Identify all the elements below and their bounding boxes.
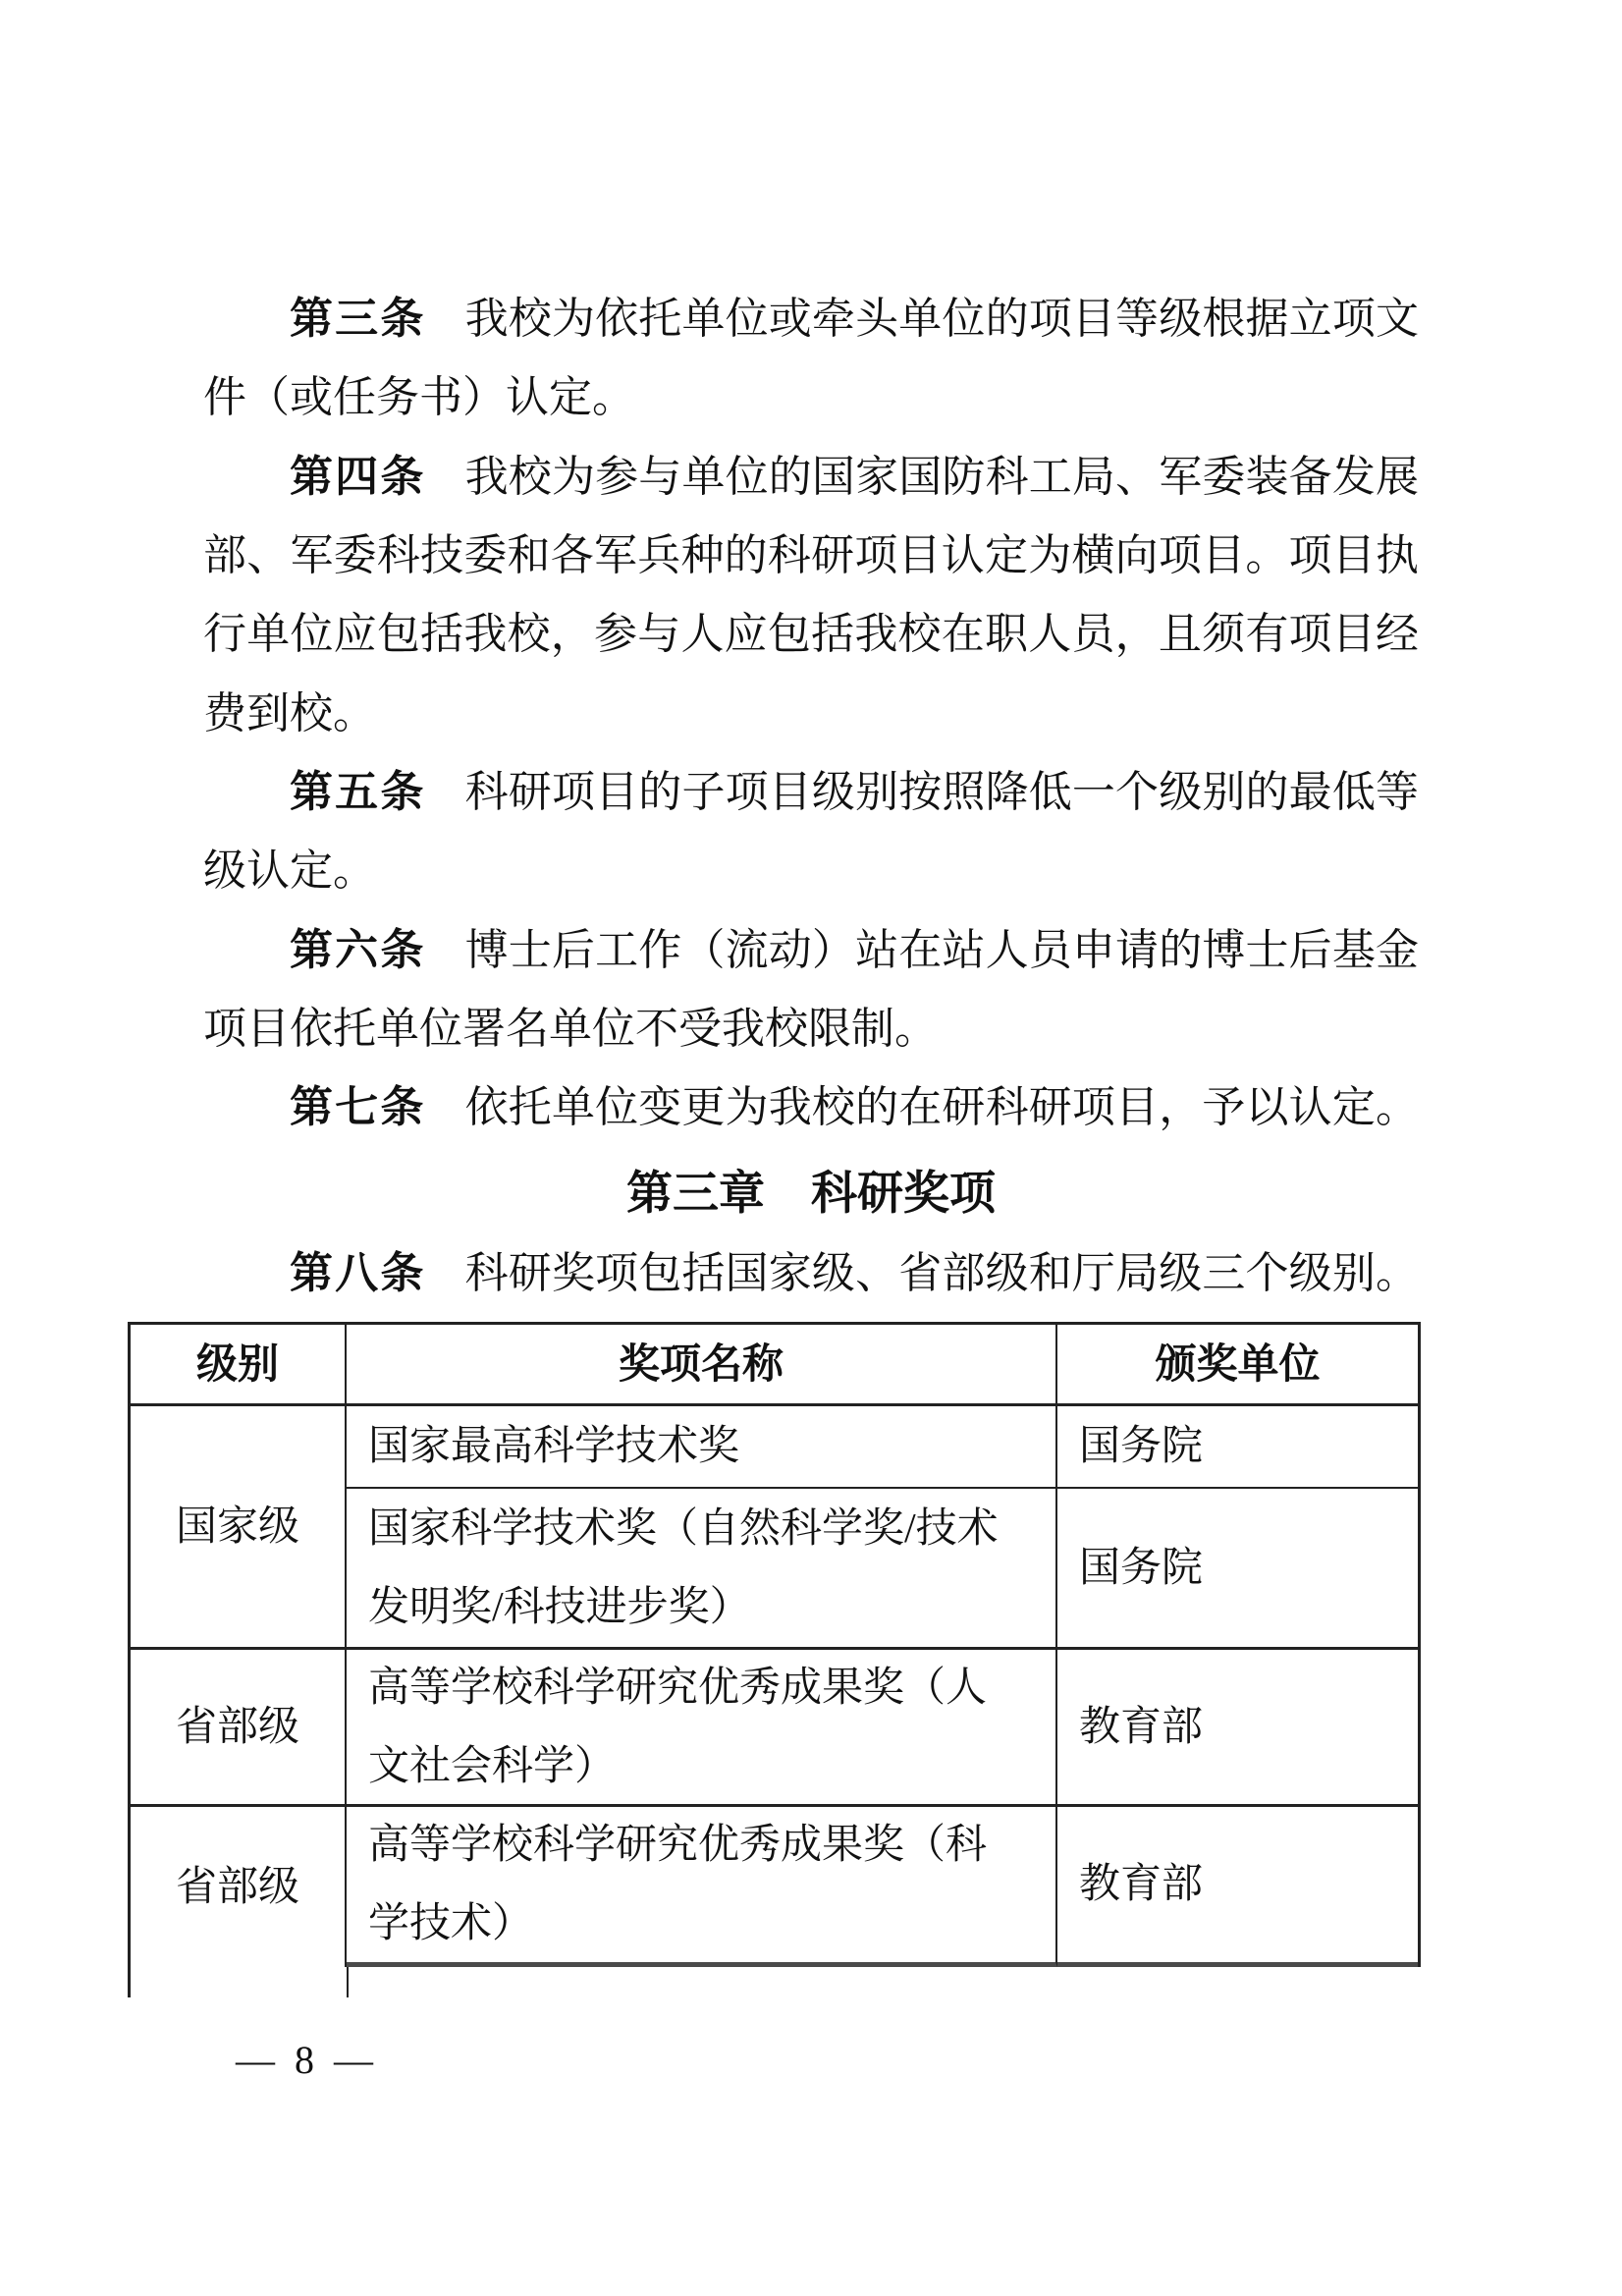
article-4-line-4: 费到校。	[203, 675, 1419, 753]
table-cell-level-provincial: 省部级	[131, 1650, 347, 1807]
article-5-label: 第五条	[290, 768, 425, 816]
article-7-text: 依托单位变更为我校的在研科研项目，予以认定。	[464, 1083, 1419, 1131]
table-cell-issuer: 教育部	[1057, 1650, 1418, 1807]
article-4-line-2: 部、军委科技委和各军兵种的科研项目认定为横向项目。项目执	[203, 517, 1419, 595]
article-4-label: 第四条	[290, 453, 425, 501]
table-cell-level-national: 国家级	[131, 1406, 347, 1650]
article-8-text: 科研奖项包括国家级、省部级和厅局级三个级别。	[464, 1249, 1419, 1297]
table-header-issuer: 颁奖单位	[1057, 1325, 1418, 1406]
article-3-text: 我校为依托单位或牵头单位的项目等级根据立项文	[464, 295, 1419, 343]
article-3-line-2: 件（或任务书）认定。	[203, 358, 1419, 437]
article-4-line-1: 第四条我校为参与单位的国家国防科工局、军委装备发展	[203, 438, 1419, 517]
chapter-heading: 第三章 科研奖项	[203, 1154, 1419, 1232]
award-text: 高等学校科学研究优秀成果奖（人文社会科学）	[368, 1650, 1014, 1806]
award-text: 国家科学技术奖（自然科学奖/技术发明奖/科技进步奖）	[368, 1490, 1014, 1647]
article-5-text: 科研项目的子项目级别按照降低一个级别的最低等	[464, 768, 1419, 816]
table-split-border-middle	[347, 1967, 349, 1997]
table-header-award-name: 奖项名称	[347, 1325, 1057, 1406]
table-header-level: 级别	[131, 1325, 347, 1406]
article-4-line-3: 行单位应包括我校，参与人应包括我校在职人员，且须有项目经	[203, 595, 1419, 674]
award-text: 高等学校科学研究优秀成果奖（科学技术）	[368, 1807, 1014, 1963]
table-cell-award: 国家最高科学技术奖	[347, 1406, 1057, 1489]
table-cell-award: 国家科学技术奖（自然科学奖/技术发明奖/科技进步奖）	[347, 1489, 1057, 1650]
article-5-line-1: 第五条科研项目的子项目级别按照降低一个级别的最低等	[203, 753, 1419, 832]
article-8-line-1: 第八条科研奖项包括国家级、省部级和厅局级三个级别。	[203, 1234, 1419, 1313]
article-6-text: 博士后工作（流动）站在站人员申请的博士后基金	[464, 926, 1419, 974]
article-4-text: 我校为参与单位的国家国防科工局、军委装备发展	[464, 453, 1419, 501]
award-table: 级别 奖项名称 颁奖单位 国家级 国家最高科学技术奖 国务院 国家科学技术奖（自…	[128, 1322, 1421, 1967]
table-cell-level-provincial: 省部级	[131, 1807, 347, 1967]
page-number: — 8 —	[236, 2033, 378, 2088]
article-3-line-1: 第三条我校为依托单位或牵头单位的项目等级根据立项文	[203, 280, 1419, 358]
table-split-border-left	[128, 1967, 131, 1997]
table-cell-award: 高等学校科学研究优秀成果奖（科学技术）	[347, 1807, 1057, 1967]
article-3-label: 第三条	[290, 295, 425, 343]
table-cell-award: 高等学校科学研究优秀成果奖（人文社会科学）	[347, 1650, 1057, 1807]
award-text: 国家最高科学技术奖	[368, 1407, 1014, 1486]
article-6-label: 第六条	[290, 926, 425, 974]
article-7-line-1: 第七条依托单位变更为我校的在研科研项目，予以认定。	[203, 1068, 1419, 1147]
document-page: 第三条我校为依托单位或牵头单位的项目等级根据立项文 件（或任务书）认定。 第四条…	[0, 0, 1622, 2296]
article-7-label: 第七条	[290, 1083, 425, 1131]
article-6-line-2: 项目依托单位署名单位不受我校限制。	[203, 990, 1419, 1068]
article-6-line-1: 第六条博士后工作（流动）站在站人员申请的博士后基金	[203, 911, 1419, 990]
table-cell-issuer: 国务院	[1057, 1406, 1418, 1489]
table-cell-issuer: 国务院	[1057, 1489, 1418, 1650]
article-5-line-2: 级认定。	[203, 832, 1419, 910]
article-8-label: 第八条	[290, 1249, 425, 1297]
table-cell-issuer: 教育部	[1057, 1807, 1418, 1967]
